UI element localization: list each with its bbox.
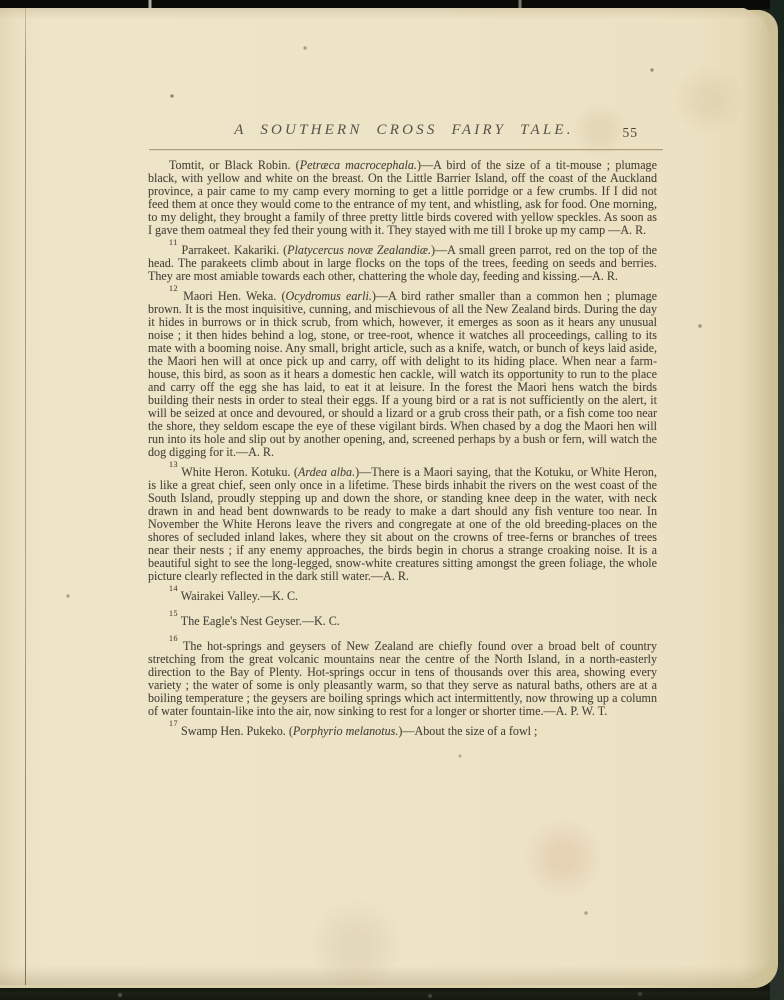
paragraph-text: Parrakeet. Kakariki. ( xyxy=(178,243,287,257)
paragraph-text: Wairakei Valley.—K. C. xyxy=(178,589,298,603)
species-name: Petræca macrocephala. xyxy=(300,158,417,172)
paragraph-text: )—About the size of a fowl ; xyxy=(398,724,537,738)
paragraph: 11 Parrakeet. Kakariki. (Platycercus nov… xyxy=(148,244,657,283)
header-rule xyxy=(149,149,663,150)
scan-background-bottom xyxy=(0,986,784,1000)
gutter-crease-line xyxy=(25,8,26,985)
running-header: A SOUTHERN CROSS FAIRY TALE. 55 xyxy=(148,122,660,144)
footnote-number: 15 xyxy=(169,609,178,618)
book-page: A SOUTHERN CROSS FAIRY TALE. 55 Tomtit, … xyxy=(0,8,773,985)
paragraph: 16 The hot-springs and geysers of New Ze… xyxy=(148,640,657,718)
paragraph-text: Maori Hen. Weka. ( xyxy=(178,289,286,303)
paragraph: 17 Swamp Hen. Pukeko. (Porphyrio melanot… xyxy=(148,725,657,738)
footnote-number: 11 xyxy=(169,238,178,247)
footnote-number: 12 xyxy=(169,284,178,293)
paragraph-text: )—There is a Maori saying, that the Kotu… xyxy=(148,465,657,583)
scan-background-top xyxy=(0,0,784,9)
paragraph: Tomtit, or Black Robin. (Petræca macroce… xyxy=(148,159,657,237)
paragraph-text: The hot-springs and geysers of New Zeala… xyxy=(148,639,657,718)
page-number: 55 xyxy=(623,125,639,141)
paragraph-text: The Eagle's Nest Geyser.—K. C. xyxy=(178,614,340,628)
paragraph: 14 Wairakei Valley.—K. C. xyxy=(148,590,657,603)
footnote-number: 13 xyxy=(169,460,178,469)
text-block: Tomtit, or Black Robin. (Petræca macroce… xyxy=(148,159,657,738)
paragraph-text: )—A bird rather smaller than a common he… xyxy=(148,289,657,459)
paragraph-text: Swamp Hen. Pukeko. ( xyxy=(178,724,293,738)
species-name: Porphyrio melanotus. xyxy=(293,724,398,738)
paragraph: 12 Maori Hen. Weka. (Ocydromus earli.)—A… xyxy=(148,290,657,459)
footnote-number: 16 xyxy=(169,634,178,643)
footnote-number: 17 xyxy=(169,719,178,728)
header-title: A SOUTHERN CROSS FAIRY TALE. xyxy=(148,122,660,139)
paragraph: 15 The Eagle's Nest Geyser.—K. C. xyxy=(148,615,657,628)
paragraph: 13 White Heron. Kotuku. (Ardea alba.)—Th… xyxy=(148,466,657,583)
species-name: Ardea alba. xyxy=(298,465,355,479)
species-name: Ocydromus earli. xyxy=(286,289,372,303)
species-name: Platycercus novæ Zealandiæ. xyxy=(287,243,431,257)
paragraph-text: Tomtit, or Black Robin. ( xyxy=(169,158,300,172)
scanned-book-page-photo: A SOUTHERN CROSS FAIRY TALE. 55 Tomtit, … xyxy=(0,0,784,1000)
footnote-number: 14 xyxy=(169,584,178,593)
paragraph-text: White Heron. Kotuku. ( xyxy=(178,465,298,479)
